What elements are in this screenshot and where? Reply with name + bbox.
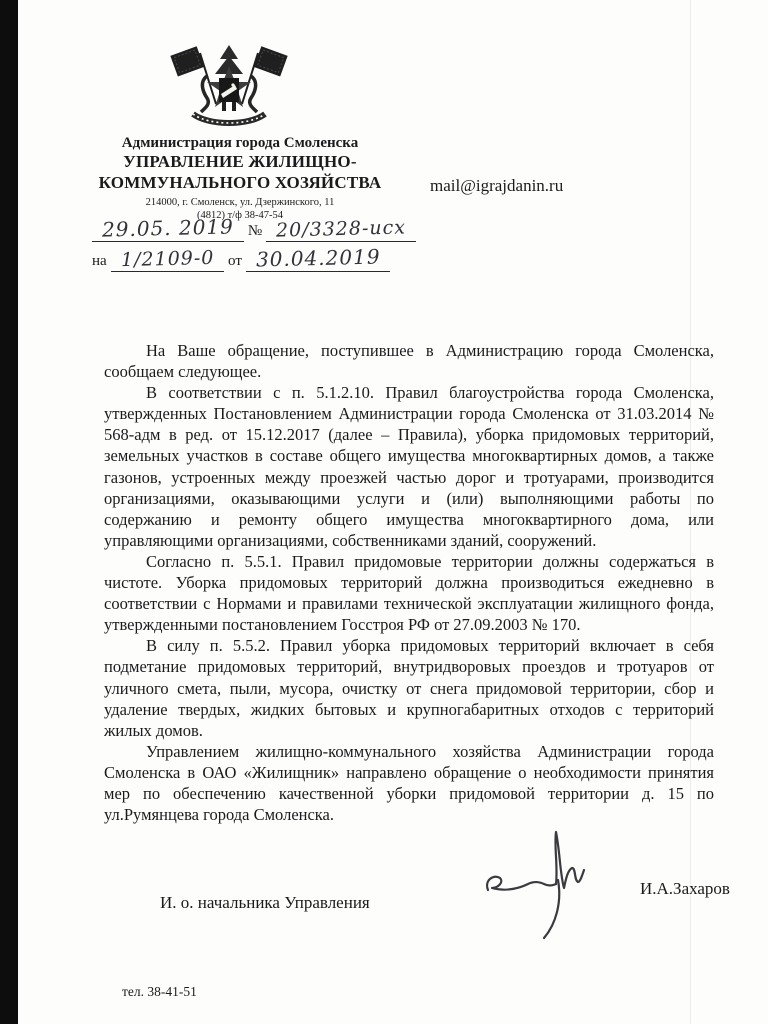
paragraph-action-taken: Управлением жилищно-коммунального хозяйс… bbox=[104, 741, 714, 825]
paragraph-rule-5-1-2-10: В соответствии с п. 5.1.2.10. Правил бла… bbox=[104, 382, 714, 551]
outgoing-ref-row: 29.05. 2019 № 20/3328-исх bbox=[92, 216, 452, 242]
outgoing-date-handwriting: 29.05. 2019 bbox=[102, 214, 234, 241]
letter-body: На Ваше обращение, поступившее в Админис… bbox=[104, 340, 714, 825]
signer-name: И.А.Захаров bbox=[640, 879, 730, 899]
paragraph-rule-5-5-1: Согласно п. 5.5.1. Правил придомовые тер… bbox=[104, 551, 714, 635]
incoming-date-handwriting: 30.04.2019 bbox=[256, 244, 381, 271]
coat-of-arms-icon bbox=[166, 44, 292, 136]
executor-phone: тел. 38-41-51 bbox=[122, 984, 197, 1000]
incoming-ref-row: на 1/2109-0 от 30.04.2019 bbox=[92, 246, 452, 272]
org-name-department-line2: КОММУНАЛЬНОГО ХОЗЯЙСТВА bbox=[40, 173, 440, 194]
recipient-email: mail@igrajdanin.ru bbox=[430, 176, 563, 196]
signer-position: И. о. начальника Управления bbox=[160, 893, 370, 913]
scan-artifact-left-bar bbox=[0, 0, 18, 1024]
number-sign-label: № bbox=[248, 223, 262, 239]
handwritten-signature bbox=[470, 818, 600, 943]
incoming-number-handwriting: 1/2109-0 bbox=[120, 247, 214, 271]
outgoing-number-handwriting: 20/3328-исх bbox=[276, 216, 406, 241]
org-name-administration: Администрация города Смоленска bbox=[40, 134, 440, 152]
na-label: на bbox=[92, 253, 107, 269]
outgoing-number-field: 20/3328-исх bbox=[266, 218, 416, 242]
scanned-letter-page: Администрация города Смоленска УПРАВЛЕНИ… bbox=[0, 0, 768, 1024]
outgoing-date-field: 29.05. 2019 bbox=[92, 216, 244, 242]
ot-label: от bbox=[228, 253, 242, 269]
org-name-department-line1: УПРАВЛЕНИЕ ЖИЛИЩНО- bbox=[40, 152, 440, 173]
reference-block: 29.05. 2019 № 20/3328-исх на 1/2109-0 от… bbox=[92, 216, 452, 276]
letterhead-org-block: Администрация города Смоленска УПРАВЛЕНИ… bbox=[40, 134, 440, 222]
org-address: 214000, г. Смоленск, ул. Дзержинского, 1… bbox=[40, 197, 440, 210]
paragraph-rule-5-5-2: В силу п. 5.5.2. Правил уборка придомовы… bbox=[104, 635, 714, 740]
incoming-date-field: 30.04.2019 bbox=[246, 246, 391, 272]
incoming-number-field: 1/2109-0 bbox=[111, 248, 224, 272]
paragraph-intro: На Ваше обращение, поступившее в Админис… bbox=[104, 340, 714, 382]
